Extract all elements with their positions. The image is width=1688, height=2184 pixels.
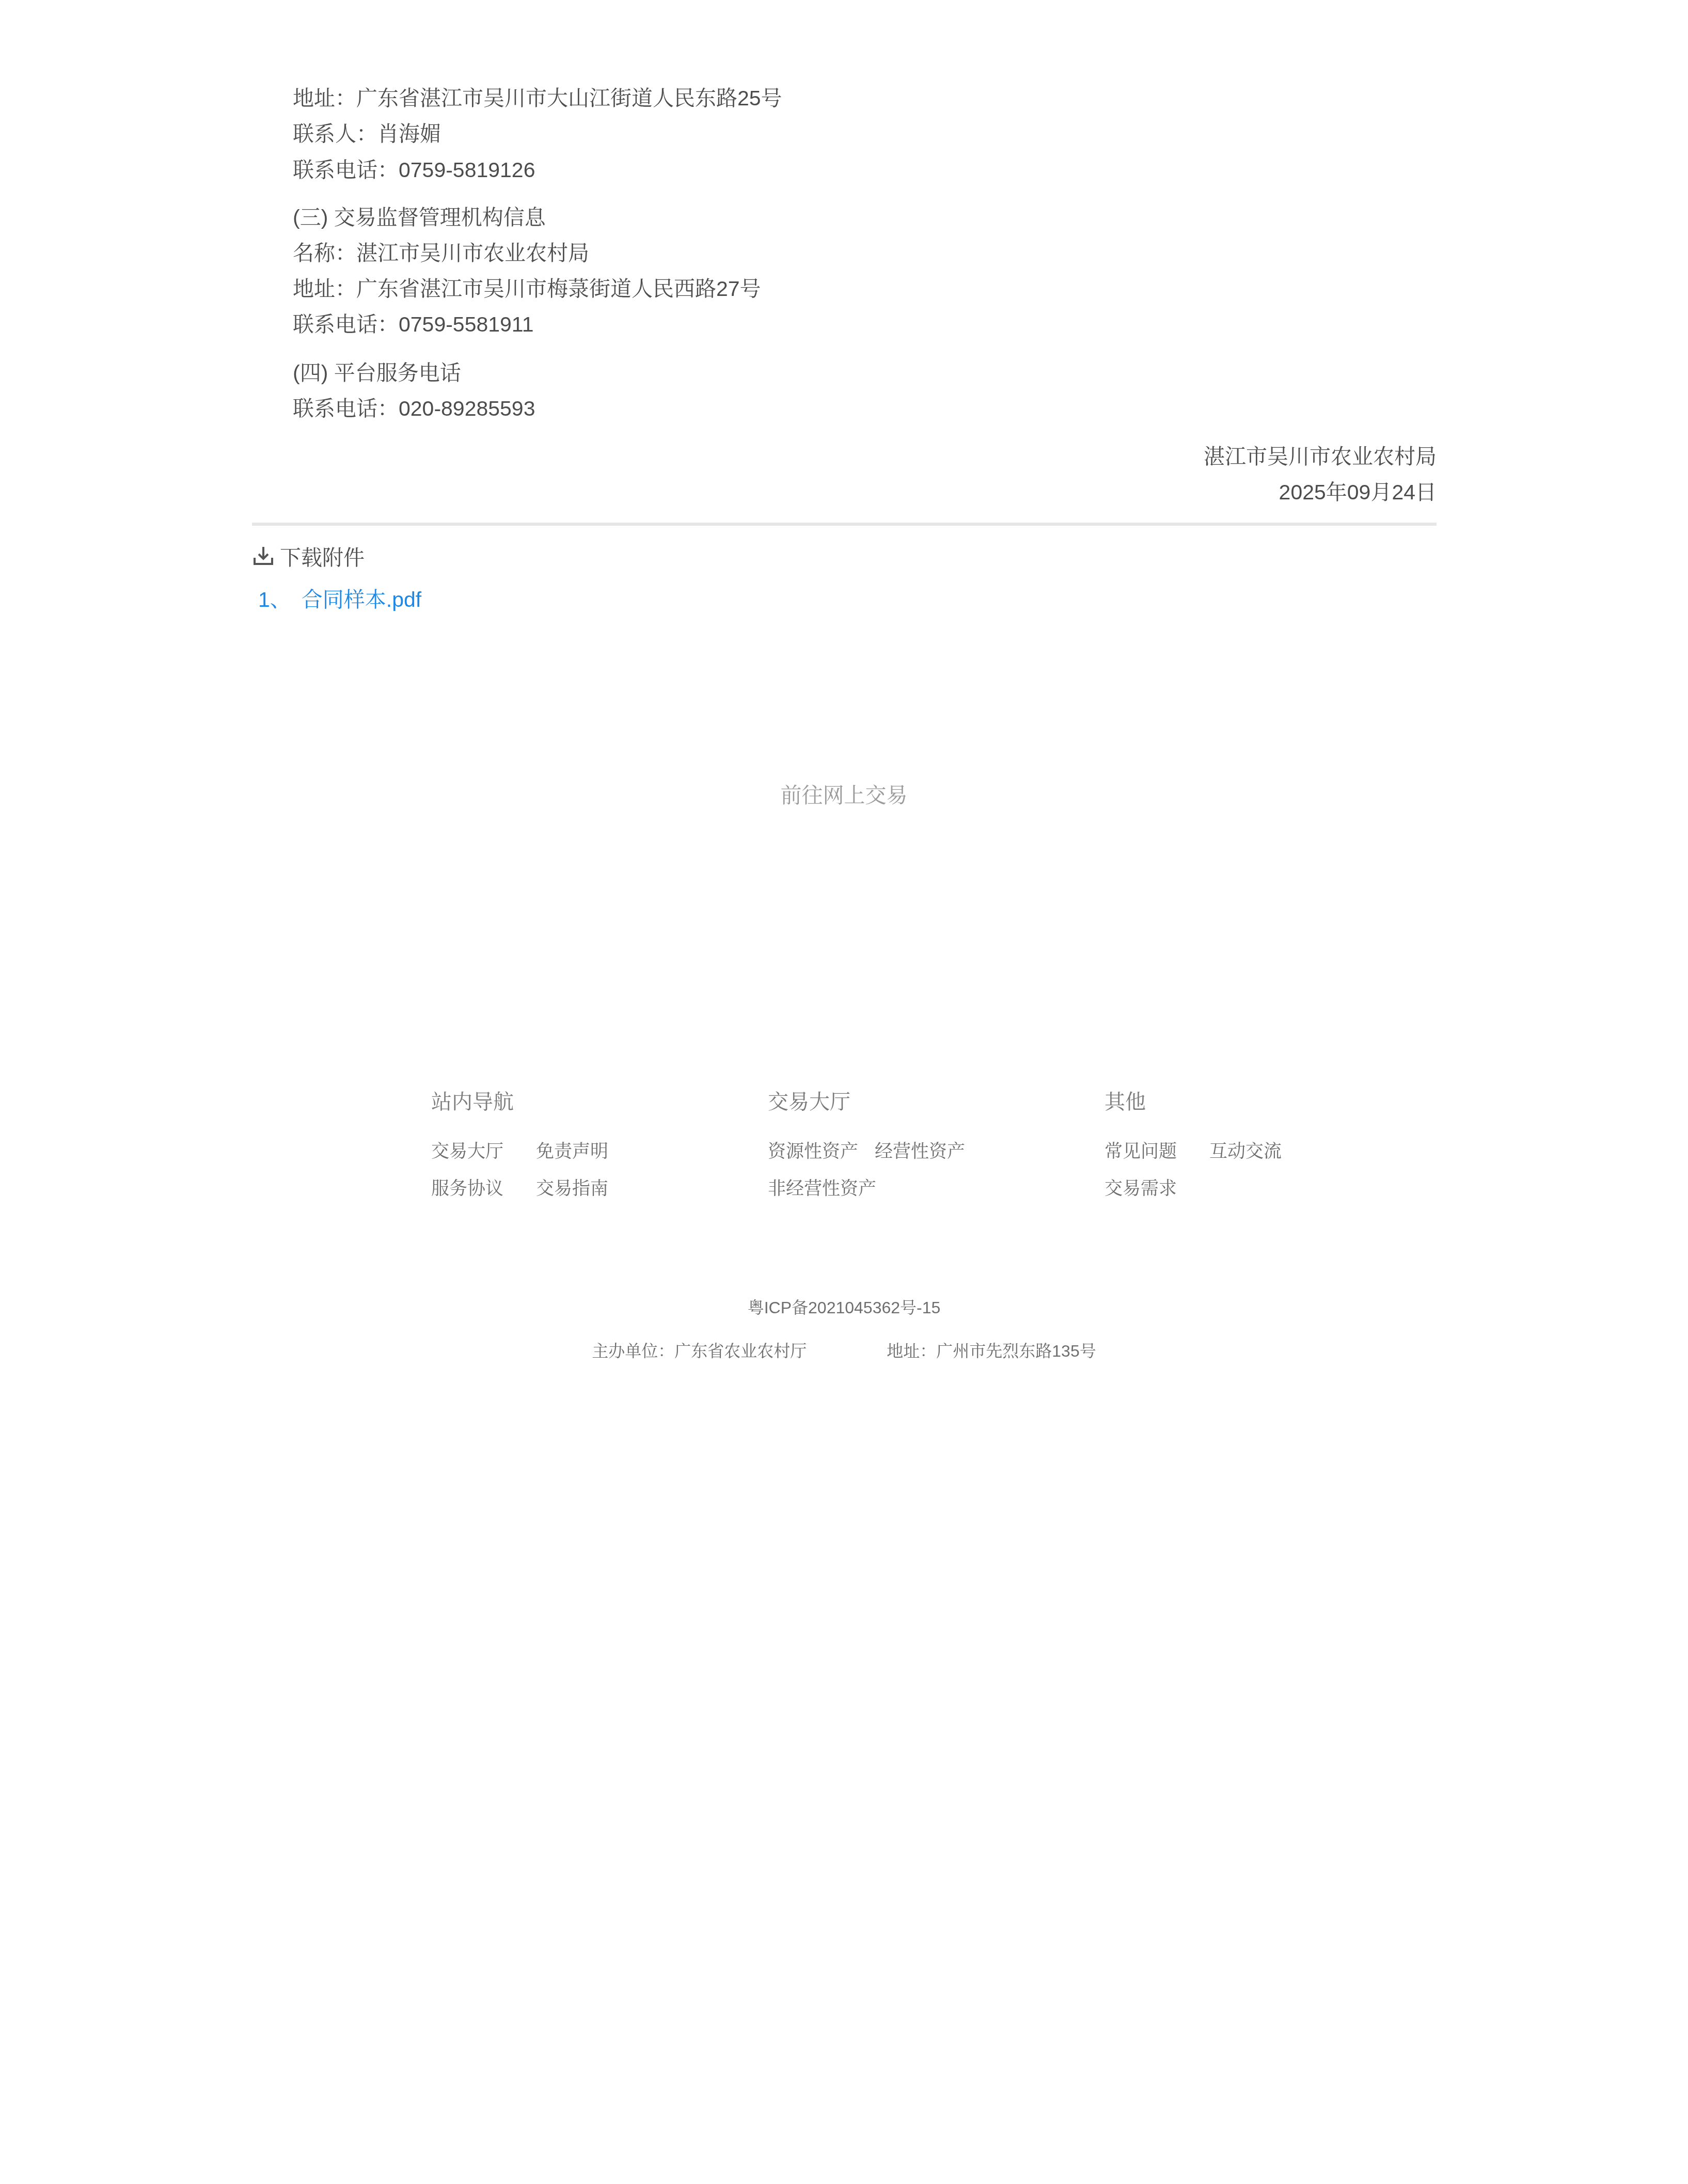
footer-link-trading-hall[interactable]: 交易大厅 [431, 1138, 536, 1165]
attachment-index: 1、 [258, 588, 291, 611]
footer-col-title: 其他 [1105, 1089, 1435, 1115]
footer-col-title: 站内导航 [431, 1089, 762, 1115]
contact-address: 地址：广东省湛江市吴川市大山江街道人民东路25号 [293, 84, 782, 113]
attachments-heading-label: 下载附件 [280, 541, 365, 571]
footer-link-service-agreement[interactable]: 服务协议 [431, 1175, 536, 1202]
contact-person: 联系人：肖海媚 [293, 119, 441, 148]
signature-org: 湛江市吴川市农业农村局 [1204, 442, 1437, 471]
platform-heading: (四) 平台服务电话 [293, 358, 461, 387]
footer-col-other: 其他 常见问题 互动交流 交易需求 [1105, 1089, 1435, 1202]
contact-phone: 联系电话：0759-5819126 [293, 155, 535, 184]
footer-link-operating-assets[interactable]: 经营性资产 [875, 1138, 982, 1165]
attachment-link-contract-sample[interactable]: 1、合同样本.pdf [258, 585, 421, 614]
icp-record[interactable]: 粤ICP备2021045362号-15 [0, 1297, 1688, 1318]
supervision-heading: (三) 交易监督管理机构信息 [293, 203, 546, 232]
footer-col-title: 交易大厅 [768, 1089, 1098, 1115]
attachment-filename[interactable]: 合同样本.pdf [302, 588, 421, 611]
download-icon [252, 544, 275, 567]
footer-link-non-operating-assets[interactable]: 非经营性资产 [768, 1175, 875, 1202]
goto-online-trade-button[interactable]: 前往网上交易 [0, 781, 1688, 810]
signature-date: 2025年09月24日 [1279, 478, 1437, 507]
footer-link-trading-guide[interactable]: 交易指南 [536, 1175, 641, 1202]
supervision-phone: 联系电话：0759-5581911 [293, 310, 533, 339]
footer-link-faq[interactable]: 常见问题 [1105, 1138, 1209, 1165]
footer-col-trading-hall: 交易大厅 资源性资产 经营性资产 非经营性资产 [768, 1089, 1098, 1202]
supervision-name: 名称：湛江市吴川市农业农村局 [293, 239, 589, 268]
footer-sponsor: 主办单位：广东省农业农村厅 [592, 1342, 807, 1360]
footer-link-trade-demand[interactable]: 交易需求 [1105, 1175, 1209, 1202]
attachments-heading: 下载附件 [252, 541, 365, 570]
platform-phone: 联系电话：020-89285593 [293, 394, 535, 423]
footer-link-disclaimer[interactable]: 免责声明 [536, 1138, 641, 1165]
footer-link-resource-assets[interactable]: 资源性资产 [768, 1138, 875, 1165]
supervision-address: 地址：广东省湛江市吴川市梅菉街道人民西路27号 [293, 274, 761, 303]
footer-col-site-nav: 站内导航 交易大厅 免责声明 服务协议 交易指南 [431, 1089, 762, 1202]
footer-address: 地址：广州市先烈东路135号 [887, 1342, 1096, 1360]
content-divider [252, 523, 1437, 526]
footer-link-interaction[interactable]: 互动交流 [1209, 1138, 1314, 1165]
footer-sponsor-line: 主办单位：广东省农业农村厅地址：广州市先烈东路135号 [0, 1341, 1688, 1361]
